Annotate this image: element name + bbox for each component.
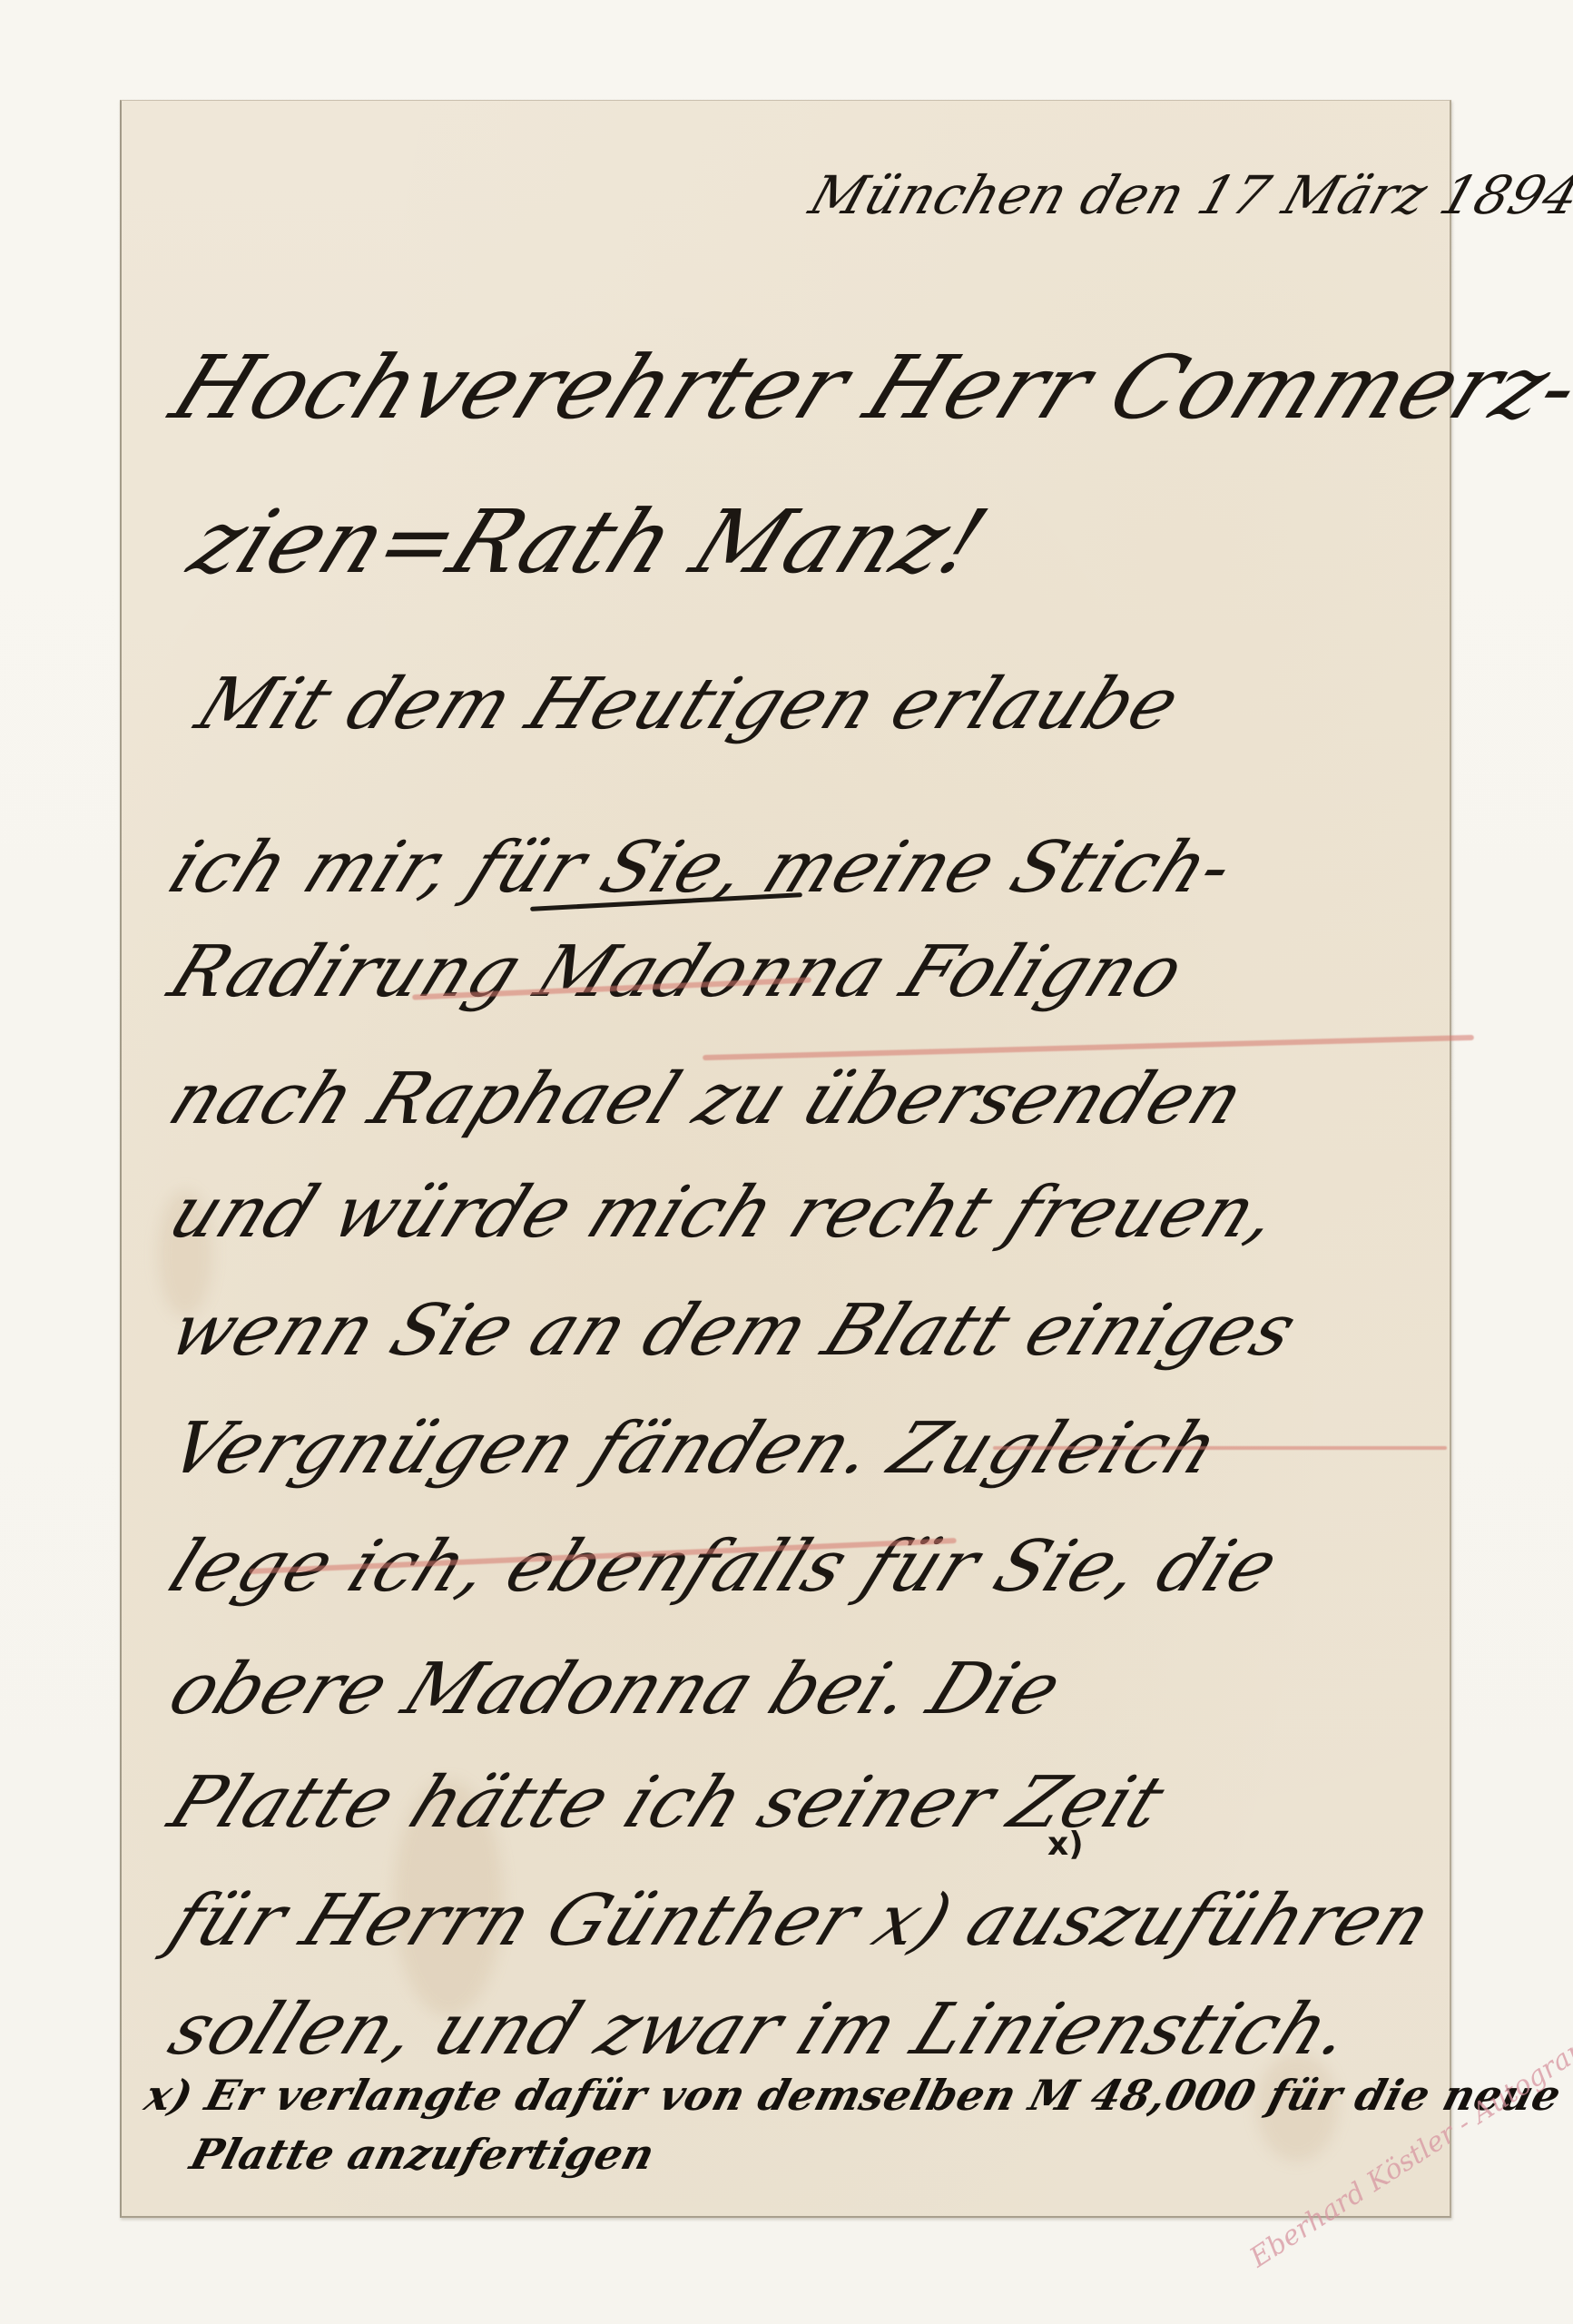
footnote-line-2: Platte anzufertigen: [185, 2130, 660, 2179]
body-line: sollen, und zwar im Linienstich.: [158, 1989, 1365, 2071]
letter-dateline: München den 17 März 1894: [802, 164, 1573, 226]
body-line: obere Madonna bei. Die: [158, 1649, 1074, 1730]
mount-background: München den 17 März 1894 Hochverehrter H…: [0, 0, 1573, 2324]
body-line: ich mir, für Sie, meine Stich-: [158, 827, 1246, 909]
letter-sheet: München den 17 März 1894 Hochverehrter H…: [120, 100, 1451, 2218]
red-pencil-underline: [993, 1446, 1447, 1450]
footnote-marker: x): [1047, 1826, 1084, 1863]
salutation-line-1: Hochverehrter Herr Commerz-: [158, 337, 1573, 438]
body-line: Mit dem Heutigen erlaube: [185, 664, 1192, 745]
body-line: Radirung Madonna Foligno: [158, 931, 1196, 1013]
body-line: wenn Sie an dem Blatt einiges: [158, 1290, 1309, 1372]
salutation-line-2: zien=Rath Manz!: [176, 491, 1002, 593]
red-pencil-underline: [703, 1035, 1474, 1060]
body-line: für Herrn Günther x) auszuführen: [158, 1880, 1443, 1962]
body-line: nach Raphael zu übersenden: [158, 1059, 1256, 1140]
body-line: und würde mich recht freuen,: [158, 1172, 1293, 1254]
body-line: Platte hätte ich seiner Zeit: [158, 1762, 1176, 1844]
footnote-line-1: x) Er verlangte dafür von demselben M 48…: [140, 2071, 1567, 2120]
